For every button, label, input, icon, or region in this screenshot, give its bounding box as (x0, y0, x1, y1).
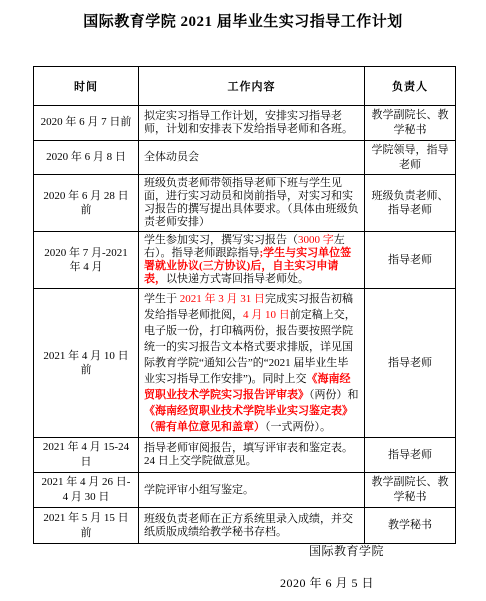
owner-cell: 班级负责老师、指导老师 (365, 175, 456, 232)
table-row: 2020 年 6 月 8 日全体动员会学院领导，指导老师 (34, 140, 456, 175)
table-header: 时间 工作内容 负责人 (34, 67, 456, 106)
table-row: 2021 年 4 月 10 日前学生于 2021 年 3 月 31 日完成实习报… (34, 289, 456, 438)
content-cell: 学生参加实习，撰写实习报告（3000 字左右）。指导老师跟踪指导;学生与实习单位… (139, 232, 365, 289)
table-row: 2020 年 6 月 7 日前拟定实习指导工作计划，安排实习指导老师，计划和安排… (34, 106, 456, 141)
content-cell: 指导老师审阅报告，填写评审表和鉴定表。 24 日上交学院做意见。 (139, 438, 365, 473)
text-segment: 2021 年 3 月 31 日 (180, 293, 265, 305)
sign-date: 2020 年 6 月 5 日 (0, 574, 374, 591)
content-cell: 学院评审小组写鉴定。 (139, 473, 365, 508)
time-cell: 2020 年 6 月 28 日前 (34, 175, 139, 232)
content-cell: 学生于 2021 年 3 月 31 日完成实习报告初稿发给指导老师批阅，4 月 … (139, 289, 365, 438)
text-segment: 3000 字 (298, 234, 334, 246)
time-cell: 2020 年 6 月 8 日 (34, 140, 139, 175)
owner-cell: 教学副院长、教学秘书 (365, 473, 456, 508)
time-cell: 2020 年 6 月 7 日前 (34, 106, 139, 141)
owner-cell: 指导老师 (365, 438, 456, 473)
text-segment: 班级负责老师在正方系统里录入成绩，并交纸质版成绩给教学秘书存档。 (144, 513, 353, 538)
table-row: 2020 年 6 月 28 日前班级负责老师带领指导老师下班与学生见面，进行实习… (34, 175, 456, 232)
content-cell: 班级负责老师带领指导老师下班与学生见面，进行实习动员和岗前指导，对实习和实习报告… (139, 175, 365, 232)
table-row: 2021 年 4 月 15-24 日指导老师审阅报告，填写评审表和鉴定表。 24… (34, 438, 456, 473)
table-row: 2021 年 5 月 15 日前班级负责老师在正方系统里录入成绩，并交纸质版成绩… (34, 508, 456, 544)
time-cell: 2021 年 4 月 10 日前 (34, 289, 139, 438)
table-row: 2021 年 4 月 26 日-4 月 30 日学院评审小组写鉴定。教学副院长、… (34, 473, 456, 508)
owner-cell: 指导老师 (365, 232, 456, 289)
header-row: 时间 工作内容 负责人 (34, 67, 456, 106)
text-segment: （需有单位意见和盖章） (144, 421, 265, 433)
work-plan-tbody: 2020 年 6 月 7 日前拟定实习指导工作计划，安排实习指导老师，计划和安排… (34, 106, 456, 544)
text-segment: 学院评审小组写鉴定。 (144, 484, 254, 496)
content-cell: 拟定实习指导工作计划，安排实习指导老师，计划和安排表下发给指导老师和各班。 (139, 106, 365, 141)
time-cell: 2021 年 4 月 15-24 日 (34, 438, 139, 473)
text-segment: 指导老师审阅报告，填写评审表和鉴定表。 24 日上交学院做意见。 (144, 442, 353, 467)
owner-cell: 学院领导，指导老师 (365, 140, 456, 175)
content-cell: 班级负责老师在正方系统里录入成绩，并交纸质版成绩给教学秘书存档。 (139, 508, 365, 544)
table-row: 2020 年 7 月-2021 年 4 月学生参加实习，撰写实习报告（3000 … (34, 232, 456, 289)
text-segment: （一式两份）。 (265, 421, 331, 433)
owner-cell: 教学秘书 (365, 508, 456, 544)
col-header-content: 工作内容 (139, 67, 365, 106)
text-segment: 以快递方式寄回指导老师处。 (166, 273, 309, 285)
content-cell: 全体动员会 (139, 140, 365, 175)
text-segment: 4 月 10 日 (243, 309, 290, 321)
text-segment: 学生于 (144, 293, 180, 305)
time-cell: 2020 年 7 月-2021 年 4 月 (34, 232, 139, 289)
owner-cell: 教学副院长、教学秘书 (365, 106, 456, 141)
text-segment: 拟定实习指导工作计划，安排实习指导老师，计划和安排表下发给指导老师和各班。 (144, 110, 353, 135)
text-segment: 《海南经贸职业技术学院毕业实习鉴定表》 (144, 405, 353, 417)
time-cell: 2021 年 5 月 15 日前 (34, 508, 139, 544)
col-header-owner: 负责人 (365, 67, 456, 106)
text-segment: 班级负责老师带领指导老师下班与学生见面，进行实习动员和岗前指导，对实习和实习报告… (144, 177, 359, 228)
text-segment: 学生参加实习，撰写实习报告（ (144, 234, 298, 246)
document-page: 国际教育学院 2021 届毕业生实习指导工作计划 时间 工作内容 负责人 202… (0, 0, 486, 601)
time-cell: 2021 年 4 月 26 日-4 月 30 日 (34, 473, 139, 508)
text-segment: （两份）和 (309, 389, 359, 401)
text-segment: 全体动员会 (144, 151, 199, 163)
page-title: 国际教育学院 2021 届毕业生实习指导工作计划 (0, 10, 486, 31)
signature: 国际教育学院 (0, 542, 384, 559)
work-plan-table: 时间 工作内容 负责人 2020 年 6 月 7 日前拟定实习指导工作计划，安排… (33, 66, 456, 544)
col-header-time: 时间 (34, 67, 139, 106)
owner-cell: 指导老师 (365, 289, 456, 438)
